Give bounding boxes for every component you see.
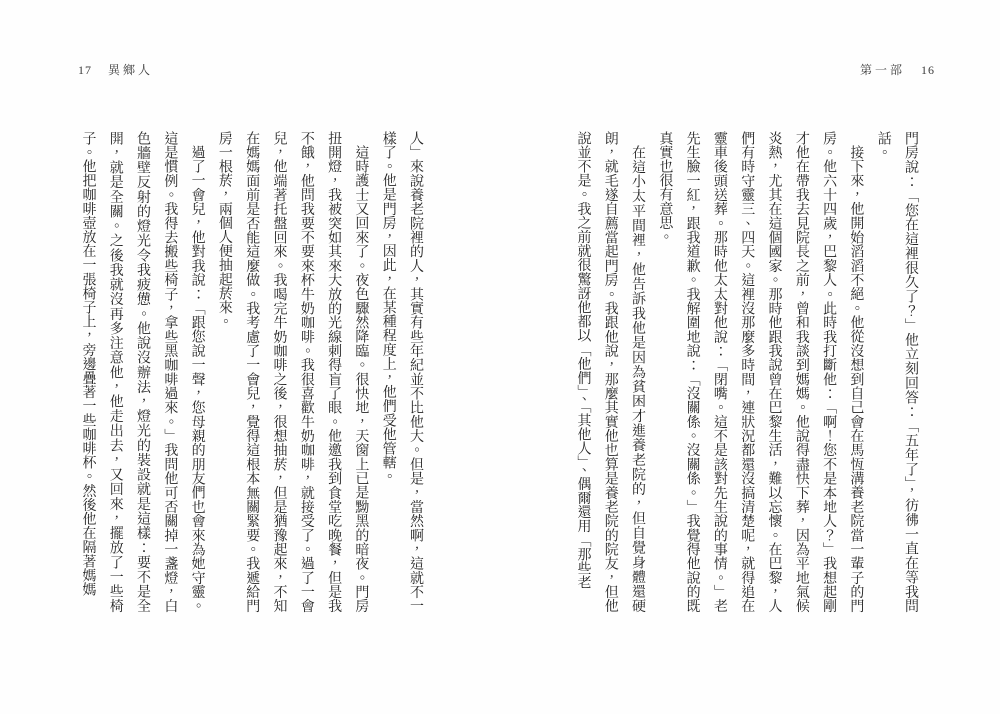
paragraph: 門房說：「您在這裡很久了？」他立刻回答：「五年了」，彷彿一直在等我問話。 bbox=[869, 131, 924, 613]
section-title: 第一部 bbox=[860, 61, 905, 78]
book-spread: 17 異鄉人 第一部 16 門房說：「您在這裡很久了？」他立刻回答：「五年了」，… bbox=[0, 0, 1000, 714]
right-page-header: 第一部 16 bbox=[860, 61, 935, 78]
left-page-number: 17 bbox=[78, 63, 92, 78]
paragraph: 人」來說養老院裡的人，其實有些年紀並不比他大。但是，當然啊，這就不一樣了。他是門… bbox=[374, 131, 429, 613]
paragraph: 這時護士又回來了。夜色驟然降臨。很快地，天窗上已是黝黑的暗夜。門房扭開燈，我被突… bbox=[211, 131, 375, 613]
paragraph: 過了一會兒，他對我說：「跟您說一聲，您母親的朋友們也會來為她守靈。這是慣例。我得… bbox=[74, 131, 210, 613]
book-title: 異鄉人 bbox=[108, 61, 153, 78]
paragraph: 在這小太平間裡，他告訴我他是因為貧困才進養老院的，但自覺身體還硬朗，就毛遂自薦當… bbox=[569, 131, 651, 613]
paragraph: 接下來，他開始滔滔不絕。他從沒想到自己會在馬恆溝養老院當一輩子的門房。他六十四歲… bbox=[651, 131, 869, 613]
right-page-number: 16 bbox=[921, 63, 935, 78]
left-page-header: 17 異鄉人 bbox=[78, 61, 153, 78]
right-page-text: 門房說：「您在這裡很久了？」他立刻回答：「五年了」，彷彿一直在等我問話。 接下來… bbox=[556, 131, 924, 613]
left-page-text: 人」來說養老院裡的人，其實有些年紀並不比他大。但是，當然啊，這就不一樣了。他是門… bbox=[61, 131, 429, 613]
